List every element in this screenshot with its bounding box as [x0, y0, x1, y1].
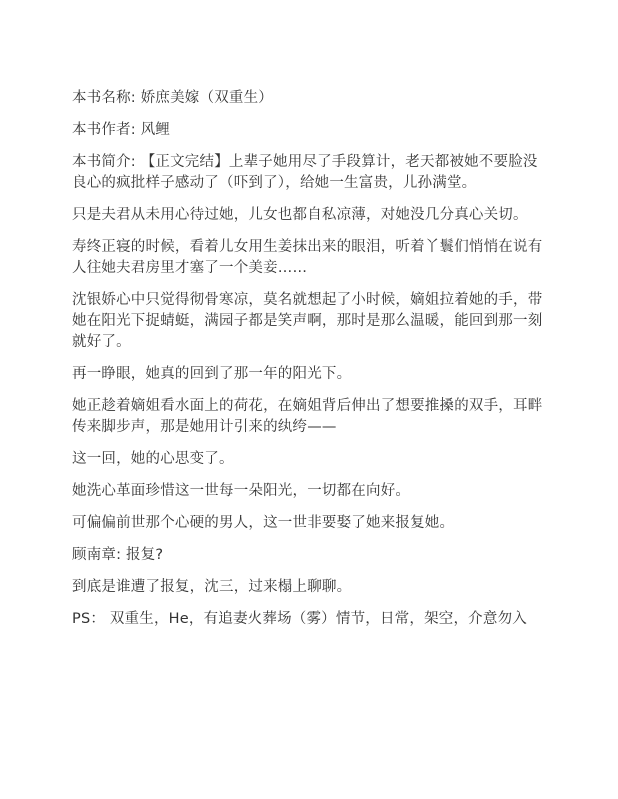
paragraph-1: 本书名称: 娇庶美嫁（双重生） — [72, 88, 550, 109]
paragraph-4: 只是夫君从未用心待过她，儿女也都自私凉薄，对她没几分真心关切。 — [72, 205, 550, 226]
paragraph-8: 她正趁着嫡姐看水面上的荷花，在嫡姐背后伸出了想要推搡的双手，耳畔传来脚步声，那是… — [72, 396, 550, 438]
paragraph-5: 寿终正寝的时候，看着儿女用生姜抹出来的眼泪，听着丫鬟们悄悄在说有人往她夫君房里才… — [72, 237, 550, 279]
paragraph-3: 本书简介: 【正文完结】上辈子她用尽了手段算计，老天都被她不要脸没良心的疯批样子… — [72, 152, 550, 194]
paragraph-7: 再一睁眼，她真的回到了那一年的阳光下。 — [72, 364, 550, 385]
paragraph-10: 她洗心革面珍惜这一世每一朵阳光，一切都在向好。 — [72, 481, 550, 502]
paragraph-11: 可偏偏前世那个心硬的男人，这一世非要娶了她来报复她。 — [72, 513, 550, 534]
document-content: 本书名称: 娇庶美嫁（双重生）本书作者: 风鲤本书简介: 【正文完结】上辈子她用… — [72, 88, 550, 641]
paragraph-2: 本书作者: 风鲤 — [72, 120, 550, 141]
document-page: 本书名称: 娇庶美嫁（双重生）本书作者: 风鲤本书简介: 【正文完结】上辈子她用… — [0, 0, 618, 799]
paragraph-6: 沈银娇心中只觉得彻骨寒凉，莫名就想起了小时候，嫡姐拉着她的手，带她在阳光下捉蜻蜓… — [72, 290, 550, 353]
paragraph-13: 到底是谁遭了报复，沈三，过来榻上聊聊。 — [72, 577, 550, 598]
paragraph-9: 这一回，她的心思变了。 — [72, 449, 550, 470]
paragraph-14: PS： 双重生，He，有追妻火葬场（雾）情节，日常，架空，介意勿入 — [72, 609, 550, 630]
paragraph-12: 顾南章: 报复? — [72, 545, 550, 566]
